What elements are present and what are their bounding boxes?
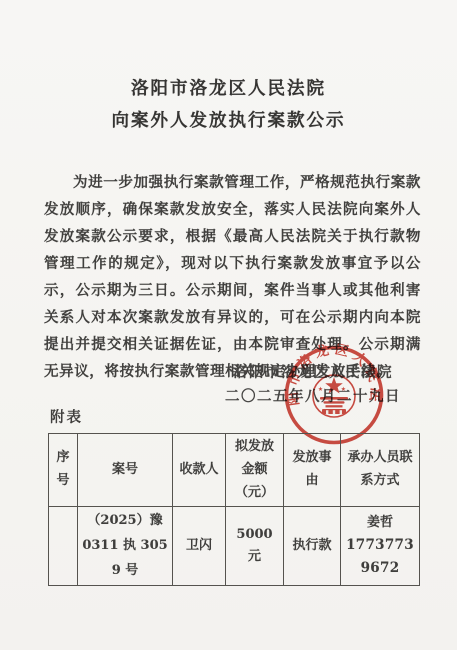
attachment-label: 附表	[50, 406, 83, 427]
header-case-no: 案号	[78, 434, 173, 507]
header-amount: 拟发放金额（元）	[226, 434, 284, 507]
contact-phone: 17737739672	[344, 534, 416, 580]
contact-name: 姜哲	[344, 512, 416, 534]
cell-reason: 执行款	[284, 507, 341, 586]
cell-amount: 5000 元	[226, 507, 284, 586]
payout-table: 序号 案号 收款人 拟发放金额（元） 发放事由 承办人员联系方式 （2025）豫…	[48, 433, 420, 586]
official-court-seal: 洛阳市洛龙区人民法院	[282, 343, 386, 447]
notice-title: 向案外人发放执行案款公示	[0, 107, 457, 132]
scanned-notice-page: 洛阳市洛龙区人民法院 向案外人发放执行案款公示 为进一步加强执行案款管理工作，严…	[0, 0, 457, 650]
court-title: 洛阳市洛龙区人民法院	[0, 75, 457, 100]
header-payee: 收款人	[173, 434, 226, 507]
header-reason: 发放事由	[284, 434, 341, 507]
header-contact: 承办人员联系方式	[341, 434, 420, 507]
national-emblem-icon	[313, 375, 355, 417]
table-header-row: 序号 案号 收款人 拟发放金额（元） 发放事由 承办人员联系方式	[49, 434, 420, 507]
cell-seq	[49, 507, 78, 586]
header-seq: 序号	[49, 434, 78, 507]
table-row: （2025）豫 0311 执 3059 号 卫闪 5000 元 执行款 姜哲 1…	[49, 507, 420, 586]
cell-contact: 姜哲 17737739672	[341, 507, 420, 586]
cell-payee: 卫闪	[173, 507, 226, 586]
cell-case-no: （2025）豫 0311 执 3059 号	[78, 507, 173, 586]
case-number: （2025）豫 0311 执 3059 号	[81, 509, 169, 583]
